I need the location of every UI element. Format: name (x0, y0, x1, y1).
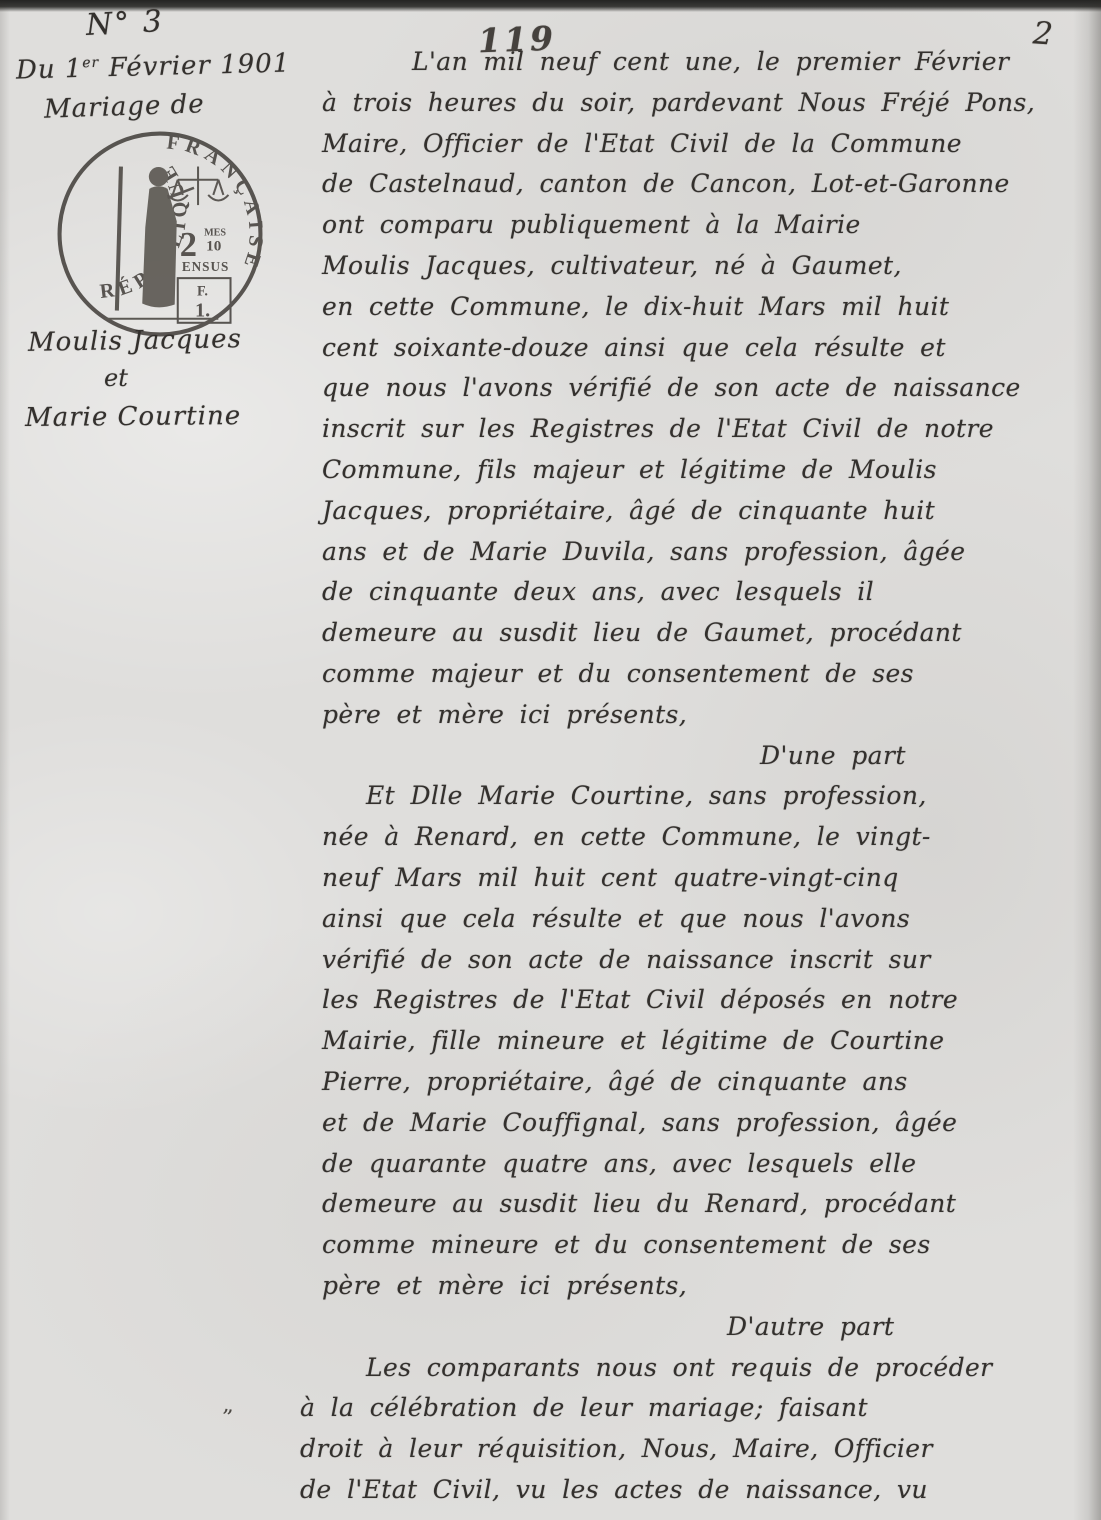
manuscript-line: père et mère ici présents, (322, 695, 1098, 736)
justice-head (149, 167, 168, 186)
manuscript-line: demeure au susdit lieu du Renard, procéd… (322, 1184, 1098, 1225)
manuscript-line: droit à leur réquisition, Nous, Maire, O… (300, 1429, 1098, 1470)
manuscript-line: vérifié de son acte de naissance inscrit… (322, 940, 1098, 981)
manuscript-line: Maire, Officier de l'Etat Civil de la Co… (322, 124, 1098, 165)
scan-left-edge (0, 0, 10, 1520)
manuscript-line: ainsi que cela résulte et que nous l'avo… (322, 899, 1098, 940)
margin-groom-name: Moulis Jacques (28, 324, 242, 358)
manuscript-line: de cinquante deux ans, avec lesquels il (322, 572, 1098, 613)
margin-conjunction: et (104, 364, 128, 392)
stamp-duty-mid: 10 (206, 238, 222, 255)
manuscript-line: Pierre, propriétaire, âgé de cinquante a… (322, 1062, 1098, 1103)
manuscript-line: inscrit sur les Registres de l'Etat Civi… (322, 409, 1098, 450)
act-date-month-year: Février 1901 (99, 48, 291, 83)
manuscript-line: Moulis Jacques, cultivateur, né à Gaumet… (322, 246, 1098, 287)
manuscript-line: cent soixante-douze ainsi que cela résul… (322, 328, 1098, 369)
act-date-ordinal: er (82, 55, 99, 71)
scan-top-edge (0, 0, 1101, 12)
margin-bride-name: Marie Courtine (25, 401, 241, 433)
manuscript-line: neuf Mars mil huit cent quatre-vingt-cin… (322, 858, 1098, 899)
scanned-register-page: N° 3 Du 1er Février 1901 Mariage de RÉPU… (0, 0, 1101, 1520)
manuscript-line-dautre-part: D'autre part (322, 1307, 1098, 1348)
manuscript-line: Les comparants nous ont requis de procéd… (322, 1348, 1098, 1389)
manuscript-line: que nous l'avons vérifié de son acte de … (322, 368, 1098, 409)
manuscript-line: de quarante quatre ans, avec lesquels el… (322, 1144, 1098, 1185)
manuscript-line: de l'Etat Civil, vu les actes de naissan… (300, 1470, 1098, 1511)
manuscript-line: née à Renard, en cette Commune, le vingt… (322, 817, 1098, 858)
act-number: N° 3 (85, 4, 165, 43)
manuscript-line: Et Dlle Marie Courtine, sans profession, (322, 776, 1098, 817)
manuscript-line: ans et de Marie Duvila, sans profession,… (322, 532, 1098, 573)
manuscript-line: les Registres de l'Etat Civil déposés en… (322, 980, 1098, 1021)
manuscript-line: père et mère ici présents, (322, 1266, 1098, 1307)
stamp-franc-label: F. (197, 283, 208, 299)
justice-robe (142, 186, 176, 307)
act-body-text: L'an mil neuf cent une, le premier Févri… (322, 42, 1098, 1511)
fiscal-stamp: RÉPUBLIQUE FRANÇAISE 2 MES 10 ENSUS (56, 130, 264, 338)
manuscript-line: demeure au susdit lieu de Gaumet, procéd… (322, 613, 1098, 654)
stamp-franc-value: 1. (195, 300, 210, 322)
act-date: Du 1er Février 1901 (16, 48, 291, 85)
act-date-day: Du 1 (16, 54, 83, 86)
manuscript-line: ont comparu publiquement à la Mairie (322, 205, 1098, 246)
manuscript-line: en cette Commune, le dix-huit Mars mil h… (322, 287, 1098, 328)
act-type-label: Mariage de (44, 89, 206, 125)
manuscript-line: comme majeur et du consentement de ses (322, 654, 1098, 695)
manuscript-line: L'an mil neuf cent une, le premier Févri… (322, 42, 1098, 83)
margin-ditto-mark: ” (219, 1405, 234, 1431)
manuscript-line-dune-part: D'une part (322, 736, 1098, 777)
stamp-duty-bottom: ENSUS (182, 259, 230, 274)
manuscript-line: et de Marie Couffignal, sans profession,… (322, 1103, 1098, 1144)
manuscript-line: comme mineure et du consentement de ses (322, 1225, 1098, 1266)
manuscript-line: de Castelnaud, canton de Cancon, Lot-et-… (322, 164, 1098, 205)
manuscript-line: à trois heures du soir, pardevant Nous F… (322, 83, 1098, 124)
manuscript-line: Commune, fils majeur et légitime de Moul… (322, 450, 1098, 491)
manuscript-line: Mairie, fille mineure et légitime de Cou… (322, 1021, 1098, 1062)
manuscript-line: à la célébration de leur mariage; faisan… (300, 1388, 1098, 1429)
manuscript-line: Jacques, propriétaire, âgé de cinquante … (322, 491, 1098, 532)
